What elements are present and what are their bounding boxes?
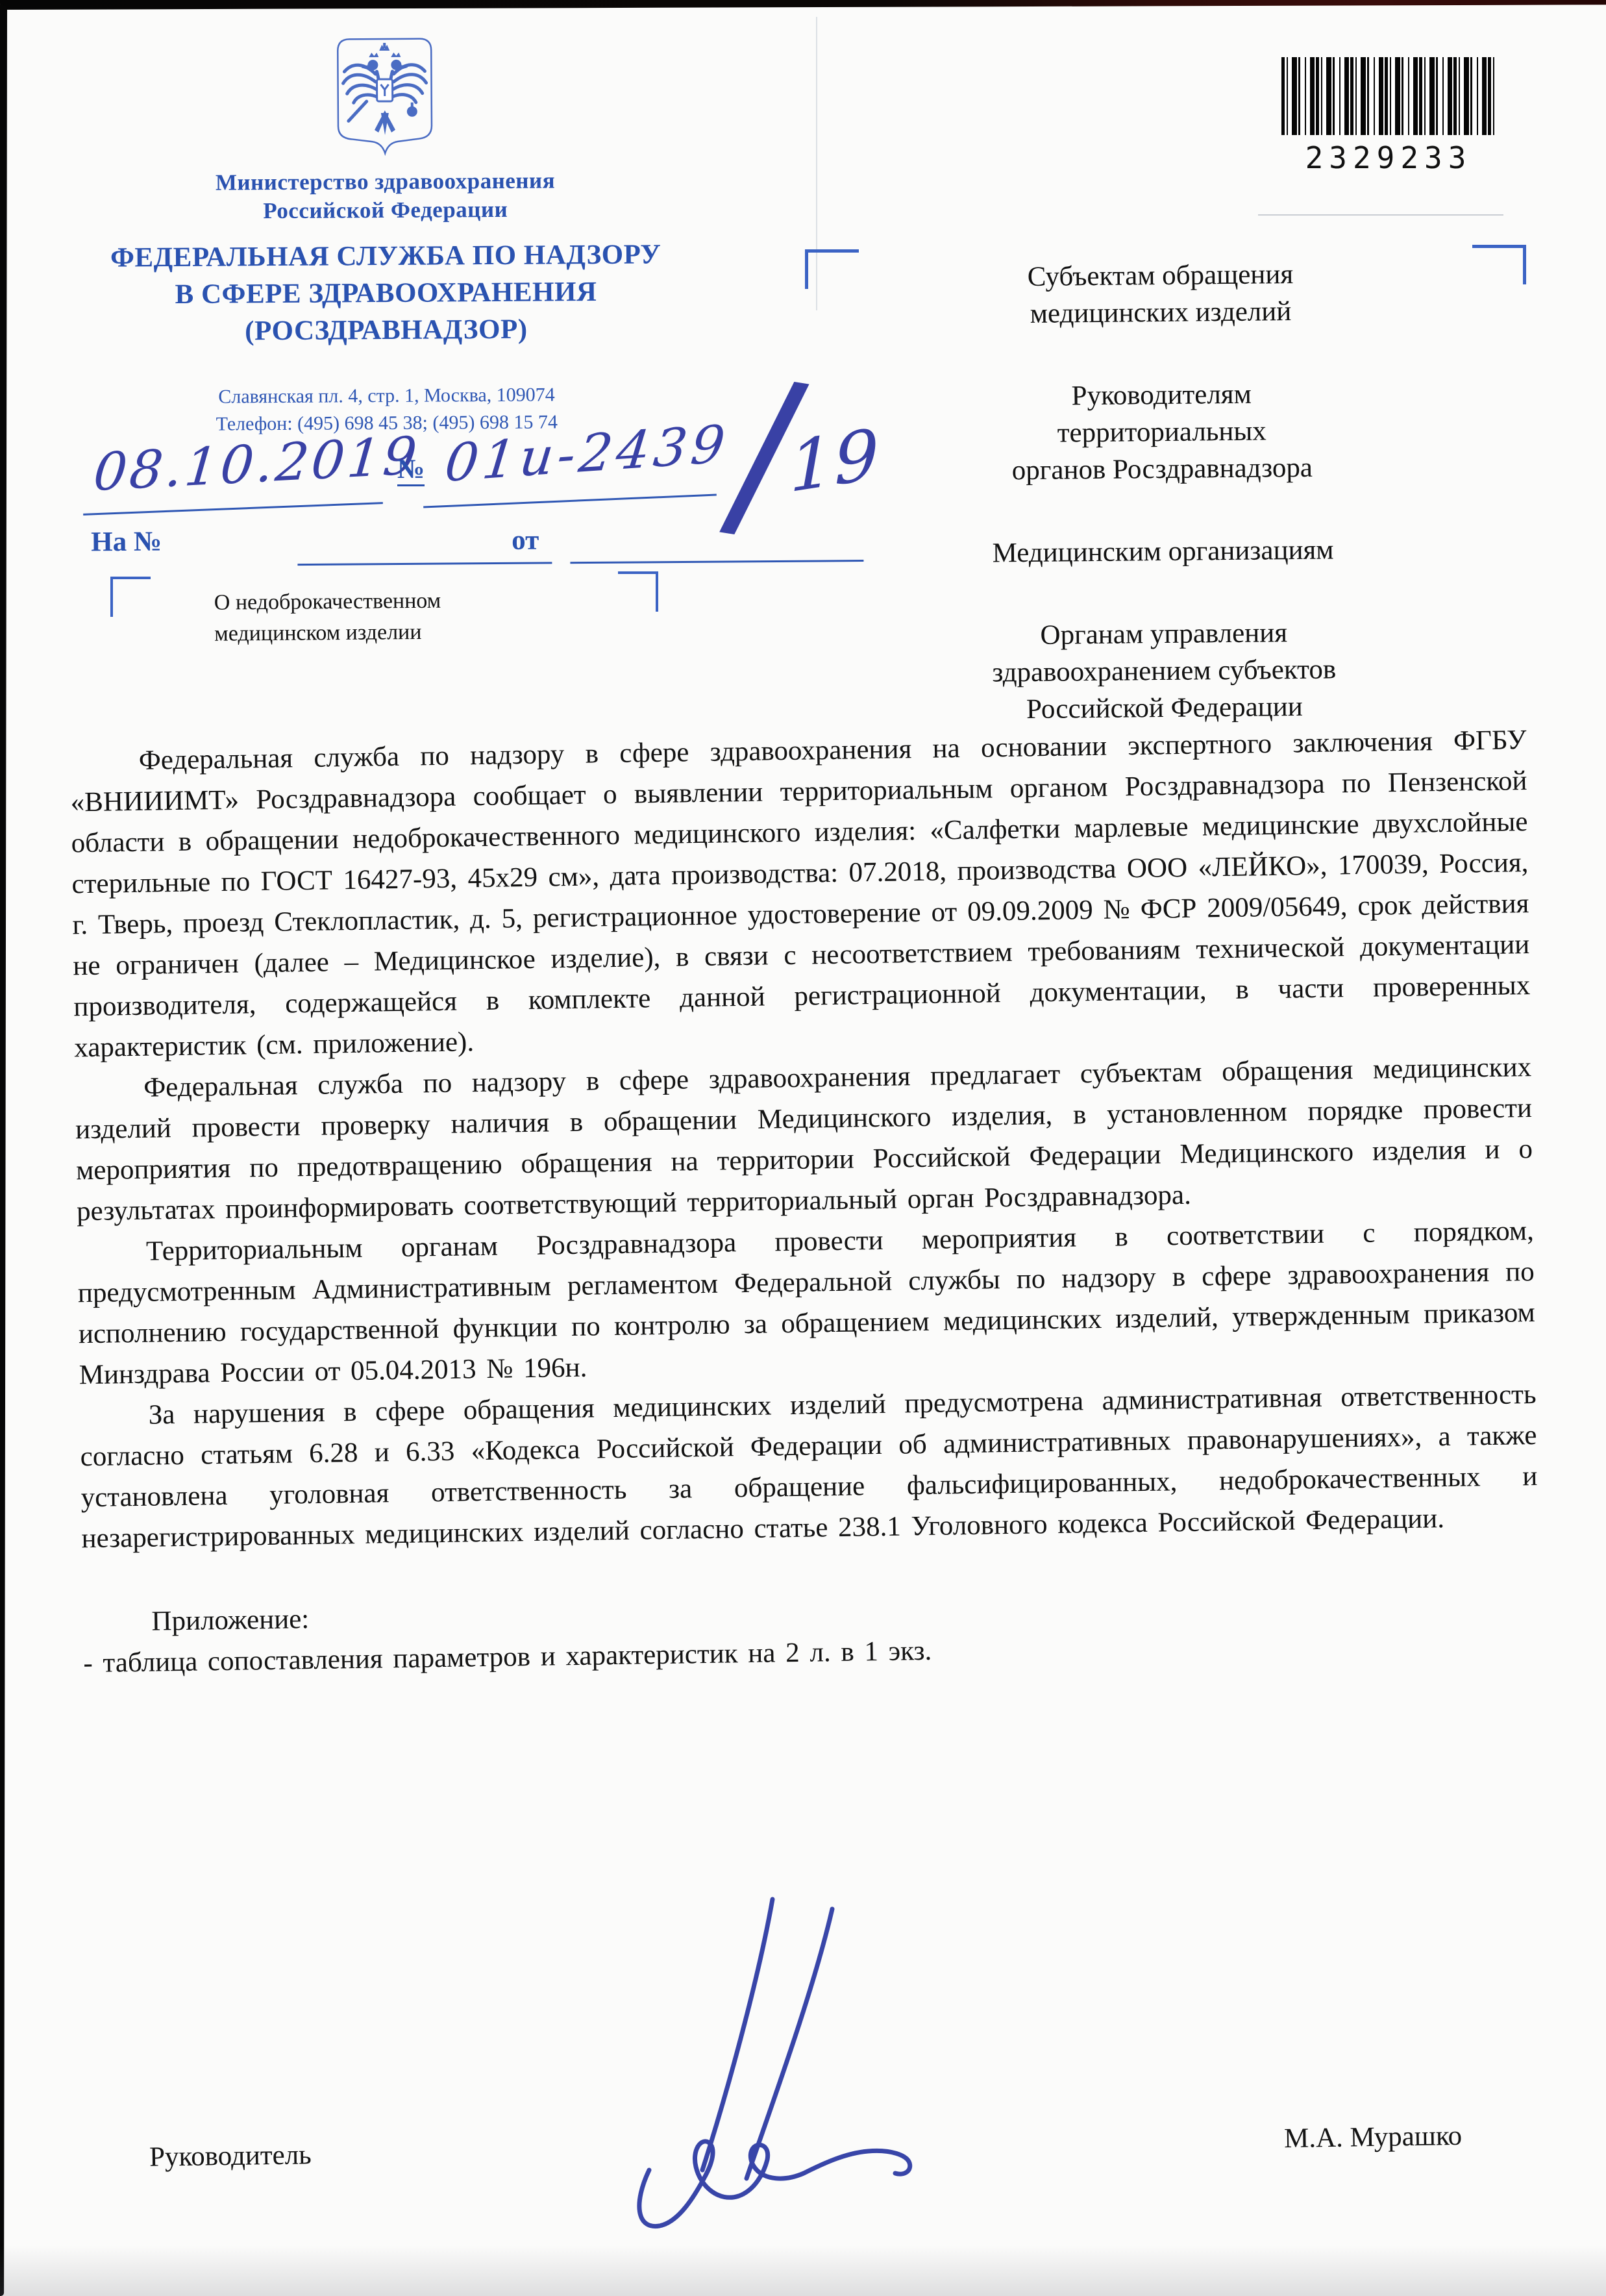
org-address: Славянская пл. 4, стр. 1, Москва, 109074: [77, 381, 695, 412]
service-name-line1: ФЕДЕРАЛЬНАЯ СЛУЖБА ПО НАДЗОРУ: [77, 236, 695, 277]
letter-page: { "colors": { "header_blue": "#2a52b0", …: [0, 0, 1606, 2296]
subject-line1: О недоброкачественном: [214, 584, 617, 618]
recipient-line: медицинских изделий: [808, 291, 1513, 334]
signer-name: М.А. Мурашко: [1284, 2119, 1544, 2154]
subject-text: О недоброкачественном медицинском издели…: [214, 584, 617, 649]
barcode: 2329233: [1280, 57, 1497, 175]
scan-edge-top: [0, 0, 1606, 10]
recipient-group: Руководителям территориальных органов Ро…: [809, 373, 1515, 491]
issuing-org-header: Министерство здравоохранения Российской …: [75, 32, 696, 439]
recipient-group: Субъектам обращения медицинских изделий: [808, 254, 1513, 334]
ministry-name-line2: Российской Федерации: [77, 194, 695, 227]
signer-title: Руководитель: [149, 2139, 312, 2173]
coat-of-arms-icon: [330, 33, 439, 158]
recipients-block: Субъектам обращения медицинских изделий …: [808, 254, 1518, 775]
reply-from-label: от: [512, 525, 539, 556]
subject-corner-bracket-right: [618, 571, 658, 612]
reply-to-label: На №: [91, 526, 162, 558]
body-paragraph: Федеральная служба по надзору в сфере зд…: [75, 1047, 1533, 1232]
recipient-line: здравоохранением субъектов: [811, 649, 1516, 693]
subject-corner-bracket-left: [110, 577, 151, 617]
body-paragraph: За нарушения в сфере обращения медицинск…: [79, 1374, 1538, 1559]
recipient-group: Медицинским организациям: [810, 530, 1515, 573]
handwritten-signature-icon: [571, 1890, 987, 2260]
reply-number-blank: [297, 562, 552, 566]
recipient-line: органов Росздравнадзора: [809, 447, 1514, 491]
recipient-line: территориальных: [809, 410, 1514, 454]
appendix-block: Приложение: - таблица сопоставления пара…: [82, 1580, 1540, 1684]
ministry-name-line1: Министерство здравоохранения: [76, 166, 694, 198]
barcode-bars-icon: [1281, 57, 1496, 135]
service-name-line2: В СФЕРЕ ЗДРАВООХРАНЕНИЯ: [77, 273, 695, 314]
recipient-group: Органам управления здравоохранением субъ…: [811, 612, 1518, 730]
recipient-line: Органам управления: [811, 612, 1516, 656]
service-name-line3: (РОСЗДРАВНАДЗОР): [77, 310, 695, 351]
letter-body: Федеральная служба по надзору в сфере зд…: [69, 719, 1540, 1684]
recipient-line: Руководителям: [809, 373, 1514, 417]
recipient-line: Медицинским организациям: [810, 530, 1515, 573]
scan-edge-left: [0, 5, 7, 2296]
subject-line2: медицинском изделии: [214, 615, 617, 649]
number-underline: [423, 494, 717, 508]
recipient-line: Субъектам обращения: [808, 254, 1513, 297]
body-paragraph: Территориальным органам Росздравнадзора …: [77, 1210, 1536, 1395]
date-underline: [83, 502, 383, 516]
scan-line-artifact: [1258, 214, 1503, 216]
body-paragraph: Федеральная служба по надзору в сфере зд…: [69, 719, 1531, 1068]
number-sign: №: [397, 455, 425, 486]
barcode-number: 2329233: [1280, 140, 1497, 175]
